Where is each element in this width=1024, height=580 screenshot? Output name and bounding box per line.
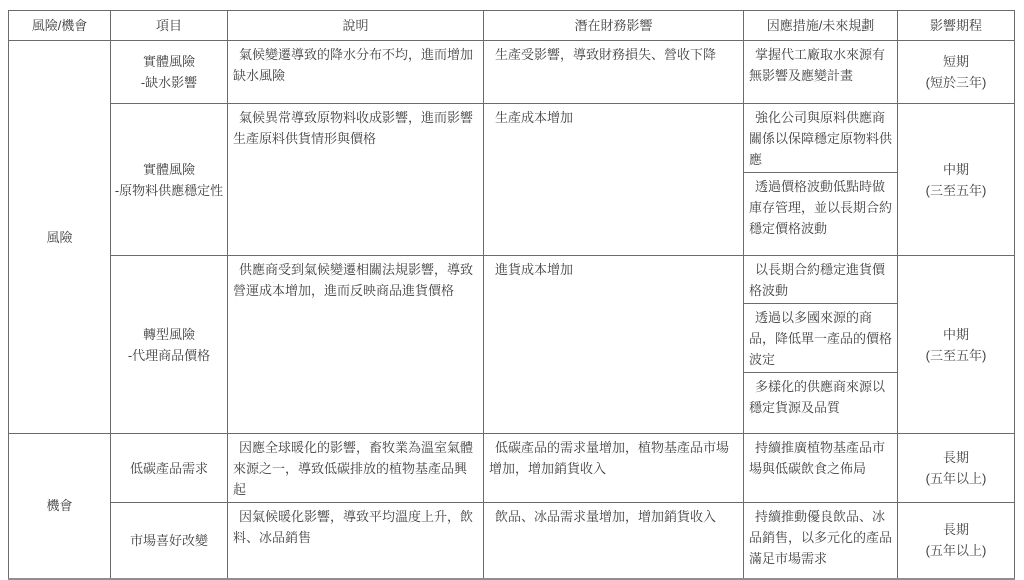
cell-measure-raw-material-2: 透過價格波動低點時做庫存管理，並以長期合約穩定價格波動	[744, 173, 898, 256]
cell-item-raw-material: 實體風險 -原物料供應穩定性	[111, 104, 228, 256]
cell-measure-low-carbon-1: 持續推廣植物基產品市場與低碳飲食之佈局	[744, 434, 898, 503]
cell-financial-impact-market-preference: 飲品、冰品需求量增加，增加銷貨收入	[484, 503, 744, 579]
cell-measure-market-preference-1: 持續推動優良飲品、冰品銷售，以多元化的產品滿足市場需求	[744, 503, 898, 579]
cell-description-market-preference: 因氣候暖化影響，導致平均溫度上升，飲料、冰品銷售	[228, 503, 484, 579]
table-header-row: 風險/機會 項目 說明 潛在財務影響 因應措施/未來規劃 影響期程	[9, 11, 1015, 41]
climate-risk-opportunity-table: 風險/機會 項目 說明 潛在財務影響 因應措施/未來規劃 影響期程 風險 實體風…	[8, 10, 1015, 580]
header-category: 風險/機會	[9, 11, 111, 41]
row-market-preference-opportunity: 市場喜好改變 因氣候暖化影響，導致平均溫度上升，飲料、冰品銷售 飲品、冰品需求量…	[9, 503, 1015, 579]
header-measures: 因應措施/未來規劃	[744, 11, 898, 41]
row-water-shortage-risk: 風險 實體風險 -缺水影響 氣候變遷導致的降水分布不均，進而增加缺水風險 生產受…	[9, 41, 1015, 104]
section-label-risk: 風險	[9, 41, 111, 434]
section-label-opportunity: 機會	[9, 434, 111, 579]
cell-item-market-preference: 市場喜好改變	[111, 503, 228, 579]
cell-measure-water-1: 掌握代工廠取水來源有無影響及應變計畫	[744, 41, 898, 104]
cell-measure-agency-price-3: 多樣化的供應商來源以穩定貨源及品質	[744, 373, 898, 434]
document-page: 風險/機會 項目 說明 潛在財務影響 因應措施/未來規劃 影響期程 風險 實體風…	[0, 0, 1024, 569]
cell-timeframe-low-carbon: 長期 (五年以上)	[898, 434, 1015, 503]
cell-financial-impact-raw-material: 生產成本增加	[484, 104, 744, 256]
row-raw-material-risk: 實體風險 -原物料供應穩定性 氣候異常導致原物料收成影響，進而影響生產原料供貨情…	[9, 104, 1015, 173]
cell-measure-agency-price-1: 以長期合約穩定進貨價格波動	[744, 256, 898, 304]
cell-measure-agency-price-2: 透過以多國來源的商品，降低單一產品的價格波定	[744, 304, 898, 373]
cell-financial-impact-water: 生產受影響，導致財務損失、營收下降	[484, 41, 744, 104]
header-financial-impact: 潛在財務影響	[484, 11, 744, 41]
cell-description-raw-material: 氣候異常導致原物料收成影響，進而影響生產原料供貨情形與價格	[228, 104, 484, 256]
header-timeframe: 影響期程	[898, 11, 1015, 41]
row-agency-price-risk: 轉型風險 -代理商品價格 供應商受到氣候變遷相關法規影響，導致營運成本增加，進而…	[9, 256, 1015, 304]
cell-timeframe-agency-price: 中期 (三至五年)	[898, 256, 1015, 434]
cell-description-low-carbon: 因應全球暖化的影響，畜牧業為溫室氣體來源之一，導致低碳排放的植物基產品興起	[228, 434, 484, 503]
cell-item-low-carbon: 低碳產品需求	[111, 434, 228, 503]
cell-description-agency-price: 供應商受到氣候變遷相關法規影響，導致營運成本增加，進而反映商品進貨價格	[228, 256, 484, 434]
cell-financial-impact-low-carbon: 低碳產品的需求量增加，植物基產品市場增加，增加銷貨收入	[484, 434, 744, 503]
cell-item-agency-price: 轉型風險 -代理商品價格	[111, 256, 228, 434]
header-item: 項目	[111, 11, 228, 41]
cell-description-water: 氣候變遷導致的降水分布不均，進而增加缺水風險	[228, 41, 484, 104]
cell-item-water: 實體風險 -缺水影響	[111, 41, 228, 104]
cell-timeframe-market-preference: 長期 (五年以上)	[898, 503, 1015, 579]
cell-timeframe-water: 短期 (短於三年)	[898, 41, 1015, 104]
cell-measure-raw-material-1: 強化公司與原料供應商關係以保障穩定原物料供應	[744, 104, 898, 173]
cell-financial-impact-agency-price: 進貨成本增加	[484, 256, 744, 434]
row-low-carbon-opportunity: 機會 低碳產品需求 因應全球暖化的影響，畜牧業為溫室氣體來源之一，導致低碳排放的…	[9, 434, 1015, 503]
header-description: 說明	[228, 11, 484, 41]
cell-timeframe-raw-material: 中期 (三至五年)	[898, 104, 1015, 256]
